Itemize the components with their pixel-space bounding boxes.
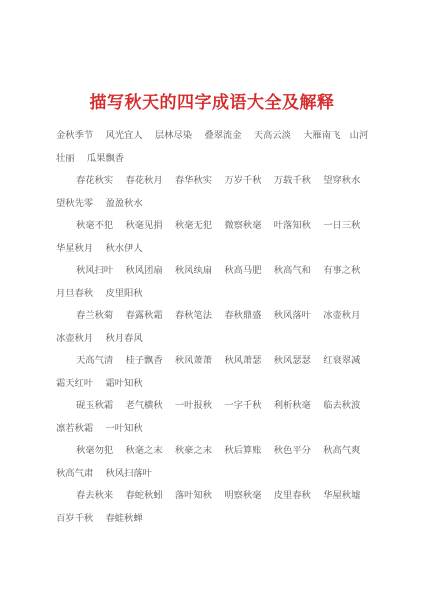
document-title: 描写秋天的四字成语大全及解释 [0, 88, 424, 113]
paragraph-7: 砚玉秋霜 老气横秋 一叶报秋 一字千秋 利析秋毫 临去秋波 凛若秋霜 一叶知秋 [56, 395, 376, 440]
paragraph-3: 秋毫不犯 秋毫见捐 秋毫无犯 微察秋毫 叶落知秋 一日三秋 华星秋月 秋水伊人 [56, 215, 376, 260]
paragraph-4: 秋风扫叶 秋风团扇 秋风纨扇 秋高马肥 秋高气和 有事之秋 月旦春秋 皮里阳秋 [56, 260, 376, 305]
document-body: 金秋季节 风光宜人 层林尽染 叠翠流金 天高云淡 大雁南飞 山河壮丽 瓜果飘香 … [56, 125, 376, 530]
paragraph-6: 天高气清 桂子飘香 秋风萧萧 秋风萧瑟 秋风瑟瑟 红衰翠减 霜天红叶 霜叶知秋 [56, 350, 376, 395]
paragraph-5: 春兰秋菊 春露秋霜 春秋笔法 春秋鼎盛 秋风落叶 冰壶秋月 冰壶秋月 秋月春风 [56, 305, 376, 350]
paragraph-9: 春去秋来 春蛇秋蚓 落叶知秋 明察秋毫 皮里春秋 华屋秋墟 百岁千秋 春蛙秋蝉 [56, 485, 376, 530]
paragraph-2: 春花秋实 春花秋月 春华秋实 万岁千秋 万载千秋 望穿秋水 望秋先零 盈盈秋水 [56, 170, 376, 215]
document-page: 描写秋天的四字成语大全及解释 金秋季节 风光宜人 层林尽染 叠翠流金 天高云淡 … [0, 0, 424, 600]
paragraph-1: 金秋季节 风光宜人 层林尽染 叠翠流金 天高云淡 大雁南飞 山河壮丽 瓜果飘香 [56, 125, 376, 170]
paragraph-8: 秋毫勿犯 秋毫之末 秋豪之末 秋后算账 秋色平分 秋高气爽 秋高气肃 秋风扫落叶 [56, 440, 376, 485]
